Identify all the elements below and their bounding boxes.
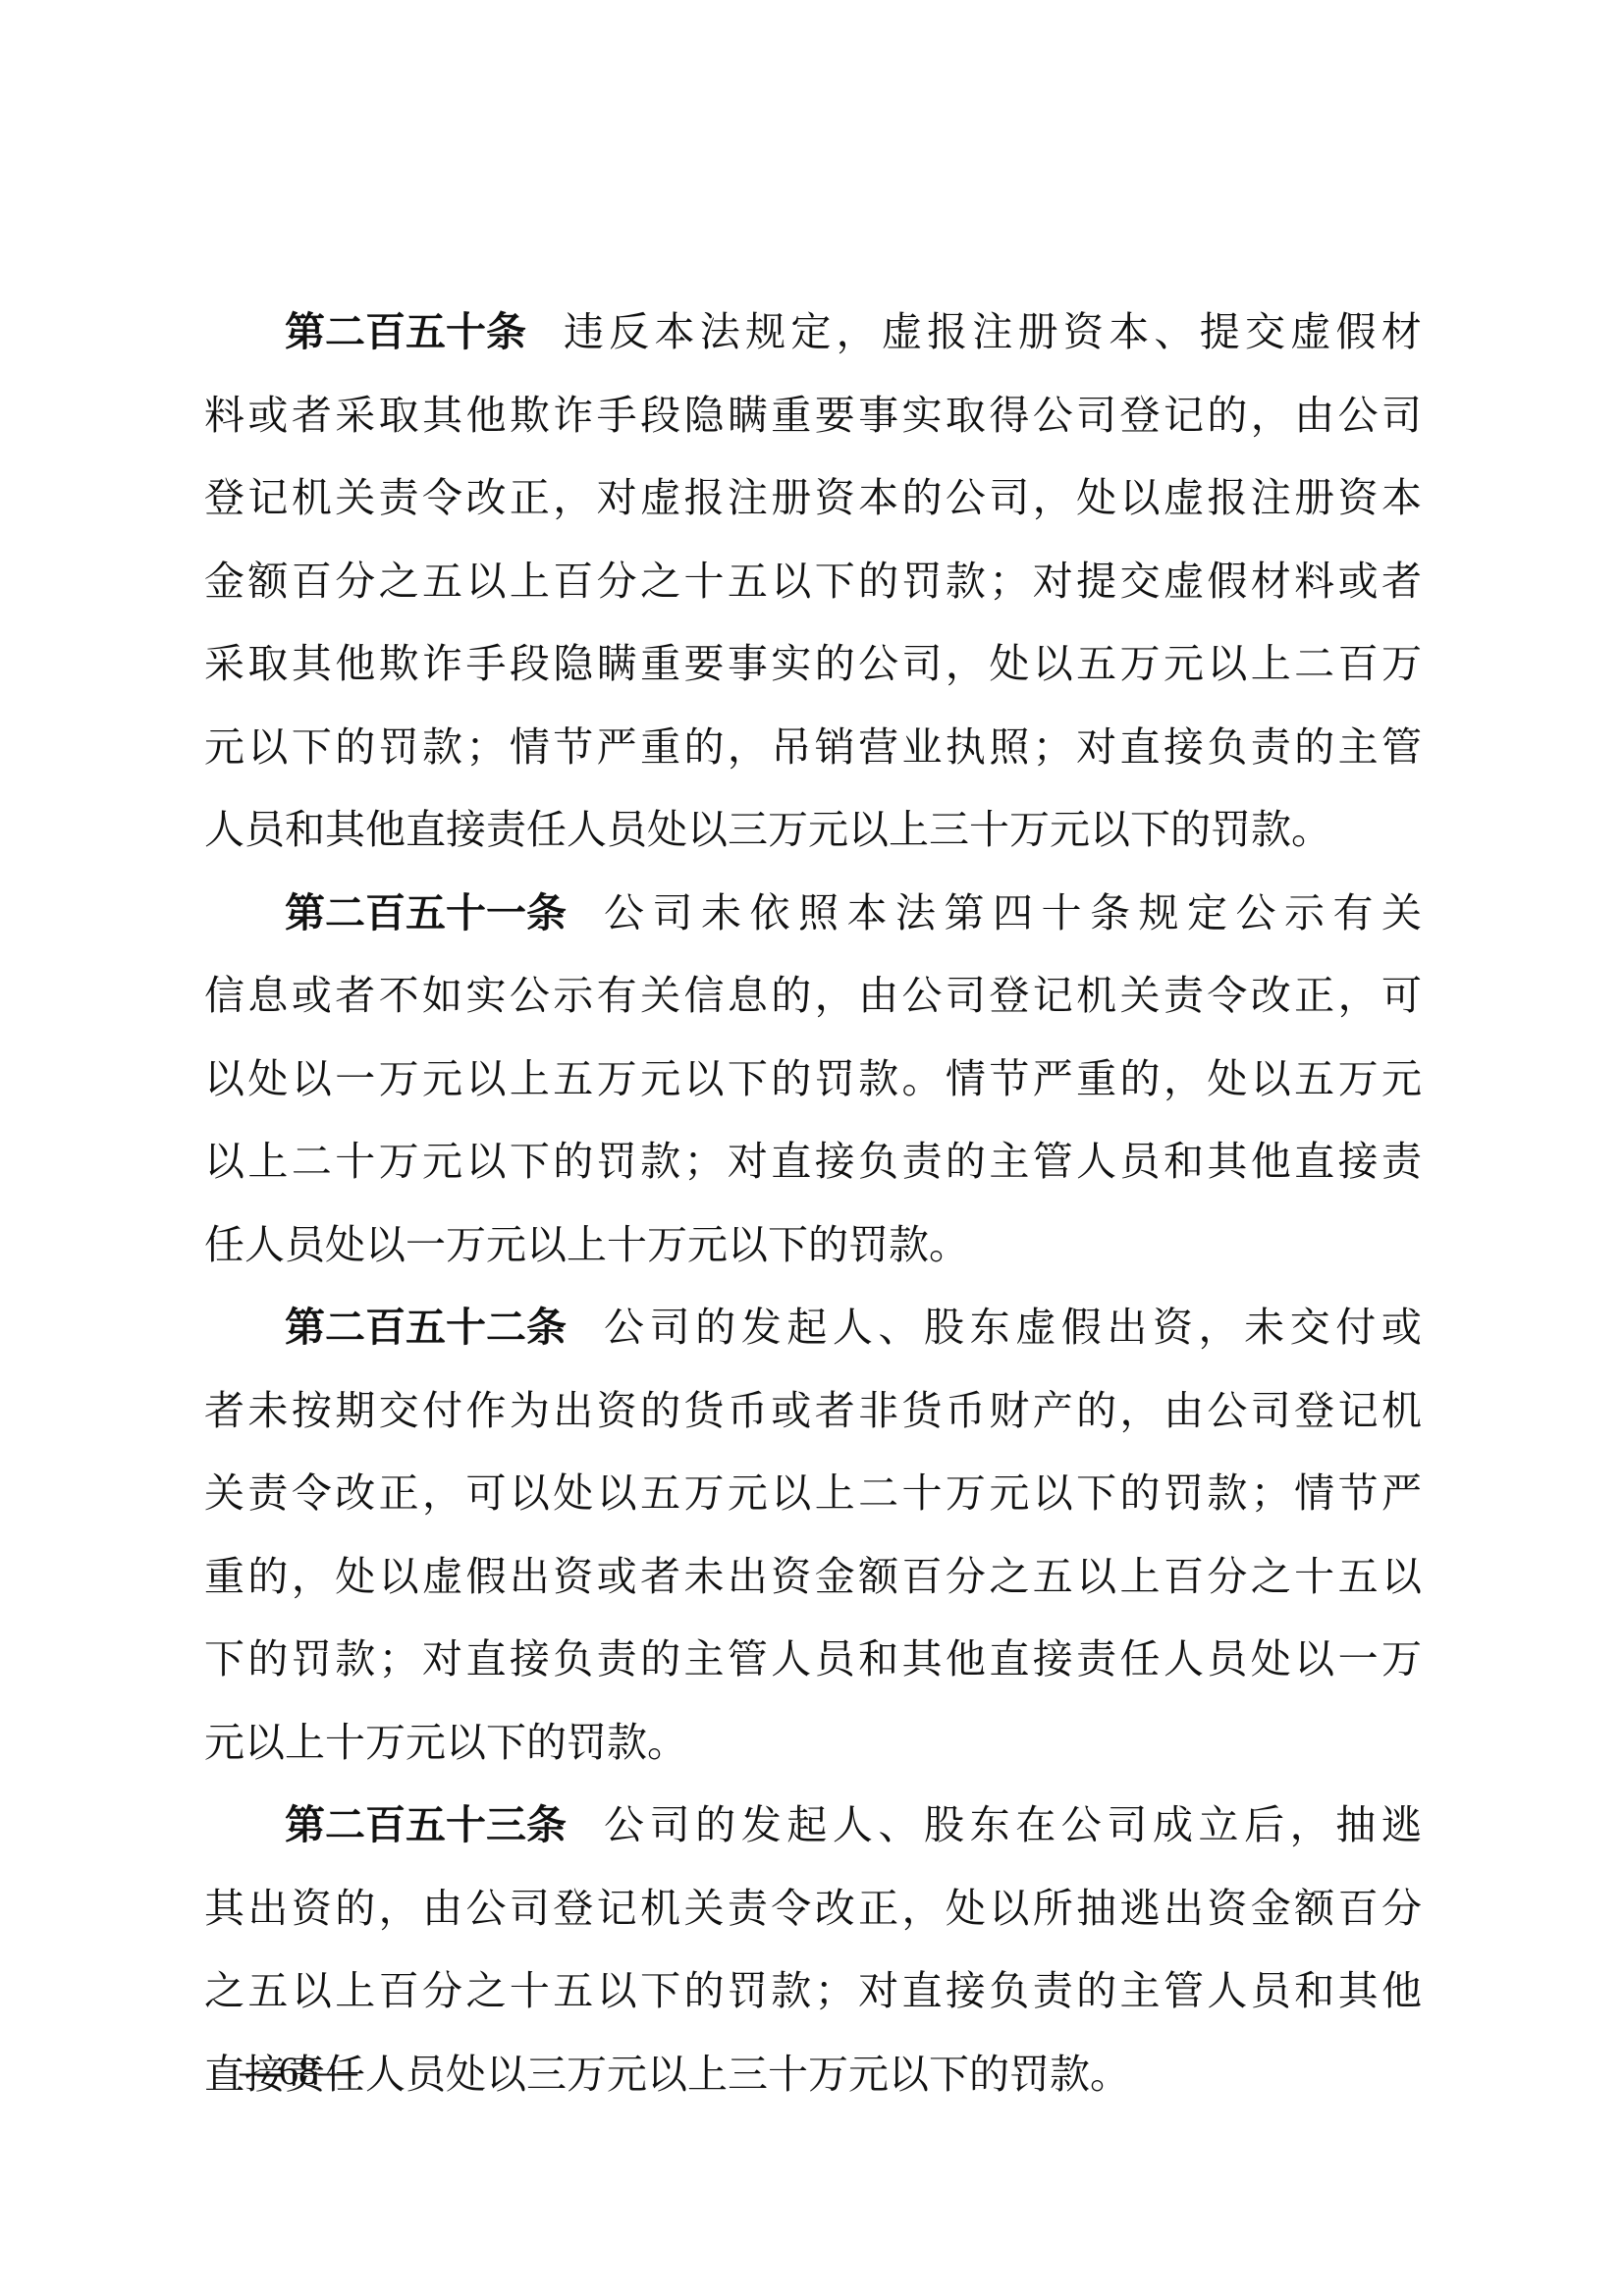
document-body: 第二百五十条 违反本法规定，虚报注册资本、提交虚假材 料或者采取其他欺诈手段隐瞒…	[204, 291, 1422, 2115]
article-text-line: 人员和其他直接责任人员处以三万元以上三十万元以下的罚款。	[204, 788, 1422, 872]
article-250: 第二百五十条 违反本法规定，虚报注册资本、提交虚假材 料或者采取其他欺诈手段隐瞒…	[204, 291, 1422, 872]
article-first-line: 第二百五十条 违反本法规定，虚报注册资本、提交虚假材	[204, 291, 1422, 374]
article-text-line: 直接责任人员处以三万元以上三十万元以下的罚款。	[204, 2033, 1422, 2116]
article-text-line: 登记机关责令改正，对虚报注册资本的公司，处以虚报注册资本	[204, 456, 1422, 540]
article-252: 第二百五十二条 公司的发起人、股东虚假出资，未交付或 者未按期交付作为出资的货币…	[204, 1286, 1422, 1784]
article-heading: 第二百五十一条	[285, 872, 567, 955]
article-253: 第二百五十三条 公司的发起人、股东在公司成立后，抽逃 其出资的，由公司登记机关责…	[204, 1784, 1422, 2115]
article-first-line: 第二百五十一条 公司未依照本法第四十条规定公示有关	[204, 872, 1422, 955]
article-251: 第二百五十一条 公司未依照本法第四十条规定公示有关 信息或者不如实公示有关信息的…	[204, 872, 1422, 1287]
article-text-line: 公司的发起人、股东虚假出资，未交付或	[604, 1286, 1422, 1369]
document-page: 第二百五十条 违反本法规定，虚报注册资本、提交虚假材 料或者采取其他欺诈手段隐瞒…	[0, 0, 1624, 2296]
article-first-line: 第二百五十二条 公司的发起人、股东虚假出资，未交付或	[204, 1286, 1422, 1369]
article-text-line: 元以下的罚款；情节严重的，吊销营业执照；对直接负责的主管	[204, 706, 1422, 789]
article-heading: 第二百五十三条	[285, 1784, 567, 1867]
article-text-line: 金额百分之五以上百分之十五以下的罚款；对提交虚假材料或者	[204, 540, 1422, 623]
page-number: —68—	[240, 2048, 357, 2095]
article-text-line: 其出资的，由公司登记机关责令改正，处以所抽逃出资金额百分	[204, 1867, 1422, 1950]
article-text-line: 者未按期交付作为出资的货币或者非货币财产的，由公司登记机	[204, 1369, 1422, 1453]
article-text-line: 违反本法规定，虚报注册资本、提交虚假材	[564, 291, 1422, 374]
article-text-line: 信息或者不如实公示有关信息的，由公司登记机关责令改正，可	[204, 954, 1422, 1038]
article-text-line: 元以上十万元以下的罚款。	[204, 1701, 1422, 1785]
article-text-line: 关责令改正，可以处以五万元以上二十万元以下的罚款；情节严	[204, 1452, 1422, 1535]
article-text-line: 重的，处以虚假出资或者未出资金额百分之五以上百分之十五以	[204, 1535, 1422, 1619]
article-text-line: 料或者采取其他欺诈手段隐瞒重要事实取得公司登记的，由公司	[204, 374, 1422, 457]
article-heading: 第二百五十条	[285, 291, 526, 374]
article-text-line: 公司未依照本法第四十条规定公示有关	[604, 872, 1422, 955]
article-text-line: 以处以一万元以上五万元以下的罚款。情节严重的，处以五万元	[204, 1038, 1422, 1121]
article-text-line: 公司的发起人、股东在公司成立后，抽逃	[604, 1784, 1422, 1867]
article-text-line: 之五以上百分之十五以下的罚款；对直接负责的主管人员和其他	[204, 1949, 1422, 2033]
article-text-line: 采取其他欺诈手段隐瞒重要事实的公司，处以五万元以上二百万	[204, 622, 1422, 706]
article-heading: 第二百五十二条	[285, 1286, 567, 1369]
article-text-line: 下的罚款；对直接负责的主管人员和其他直接责任人员处以一万	[204, 1618, 1422, 1701]
article-text-line: 任人员处以一万元以上十万元以下的罚款。	[204, 1203, 1422, 1287]
article-first-line: 第二百五十三条 公司的发起人、股东在公司成立后，抽逃	[204, 1784, 1422, 1867]
article-text-line: 以上二十万元以下的罚款；对直接负责的主管人员和其他直接责	[204, 1120, 1422, 1203]
